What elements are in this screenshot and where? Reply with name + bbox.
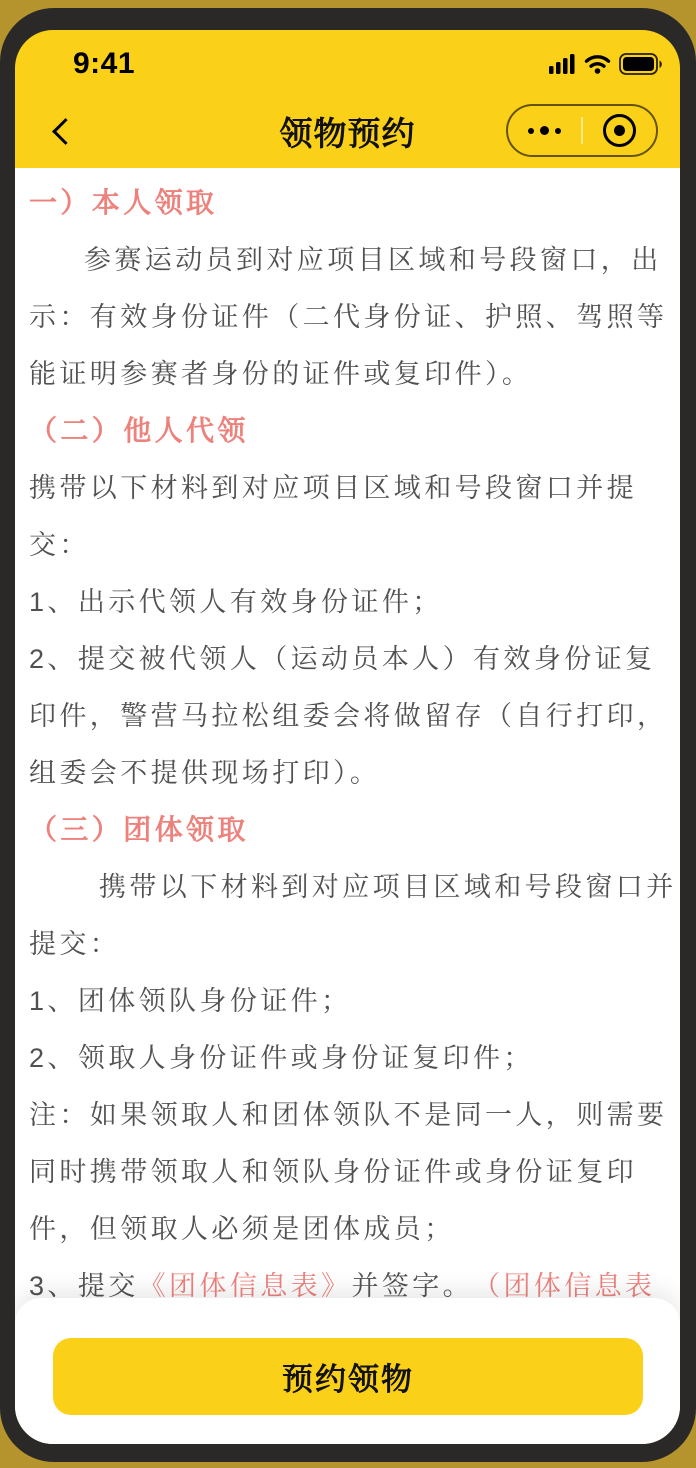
text-line: 提交： — [29, 913, 670, 970]
text-line: 2、提交被代领人（运动员本人）有效身份证复 — [29, 628, 670, 685]
text-line: 示：有效身份证件（二代身份证、护照、驾照等 — [29, 286, 670, 343]
text-line: 1、出示代领人有效身份证件； — [29, 571, 670, 628]
cellular-signal-icon — [549, 54, 576, 74]
text-line: 组委会不提供现场打印）。 — [29, 742, 670, 799]
status-time: 9:41 — [73, 47, 135, 81]
text-line: 1、团体领队身份证件； — [29, 970, 670, 1027]
text-line: 同时携带领取人和领队身份证件或身份证复印 — [29, 1141, 670, 1198]
text-line: 参赛运动员到对应项目区域和号段窗口，出 — [29, 229, 670, 286]
section-heading: （三）团体领取 — [29, 799, 670, 856]
text-line: 2、领取人身份证件或身份证复印件； — [29, 1027, 670, 1084]
app-screen: 9:41 — [15, 30, 680, 1444]
chevron-left-icon — [52, 118, 79, 145]
phone-frame: 9:41 — [0, 8, 696, 1462]
text-line: 交： — [29, 514, 670, 571]
target-circle-icon — [603, 114, 636, 147]
text-line: 注：如果领取人和团体领队不是同一人，则需要 — [29, 1084, 670, 1141]
section-heading: （二）他人代领 — [29, 400, 670, 457]
more-dots-icon — [528, 126, 561, 135]
miniprogram-capsule — [506, 104, 658, 157]
more-menu-button[interactable] — [508, 106, 581, 155]
wifi-icon — [584, 54, 611, 74]
article-content[interactable]: 一）本人领取 参赛运动员到对应项目区域和号段窗口，出 示：有效身份证件（二代身份… — [15, 168, 680, 1444]
text-line: 携带以下材料到对应项目区域和号段窗口并提 — [29, 457, 670, 514]
reserve-pickup-button[interactable]: 预约领物 — [53, 1338, 643, 1415]
status-icons — [549, 53, 664, 75]
text-line: 印件，警营马拉松组委会将做留存（自行打印， — [29, 685, 670, 742]
text-line: 件，但领取人必须是团体成员； — [29, 1198, 670, 1255]
battery-icon — [619, 53, 664, 75]
exit-button[interactable] — [583, 106, 656, 155]
status-bar: 9:41 — [15, 42, 680, 86]
section-heading: 一）本人领取 — [29, 172, 670, 229]
nav-bar: 领物预约 — [15, 100, 680, 162]
back-button[interactable] — [33, 100, 91, 162]
text-line: 能证明参赛者身份的证件或复印件）。 — [29, 343, 670, 400]
bottom-action-sheet: 预约领物 — [15, 1298, 680, 1444]
text-line: 携带以下材料到对应项目区域和号段窗口并 — [29, 856, 670, 913]
